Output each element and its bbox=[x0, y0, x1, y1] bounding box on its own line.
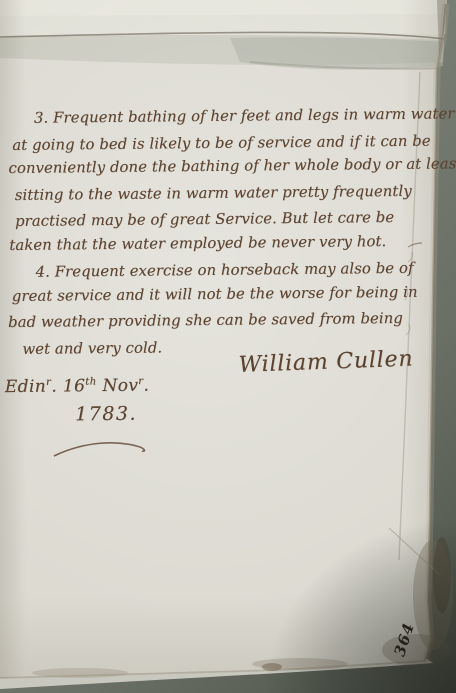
year: 1783. bbox=[75, 403, 137, 426]
dateline-city: Edin bbox=[5, 377, 46, 397]
dateline-day: 16 bbox=[57, 376, 85, 396]
manuscript-line: wet and very cold. bbox=[22, 339, 162, 357]
manuscript-line: at going to bed is likely to be of servi… bbox=[12, 133, 431, 154]
manuscript-line: 3. Frequent bathing of her feet and legs… bbox=[34, 105, 455, 126]
dateline-month: Nov bbox=[96, 376, 138, 396]
dateline-month-dot: . bbox=[143, 376, 149, 396]
manuscript-photo: 3. Frequent bathing of her feet and legs… bbox=[0, 0, 456, 693]
manuscript-line: sitting to the waste in warm water prett… bbox=[15, 183, 412, 204]
manuscript-line: bad weather providing she can be saved f… bbox=[8, 310, 403, 331]
manuscript-text: 3. Frequent bathing of her feet and legs… bbox=[0, 0, 456, 693]
manuscript-line: conveniently done the bathing of her who… bbox=[8, 155, 456, 177]
dateline: Edinr. 16th Novr. bbox=[5, 376, 150, 398]
manuscript-line: practised may be of great Service. But l… bbox=[15, 209, 394, 230]
manuscript-line: 4. Frequent exercise on horseback may al… bbox=[36, 260, 414, 281]
signature: William Cullen bbox=[238, 347, 414, 378]
manuscript-line: great service and it will not be the wor… bbox=[12, 284, 418, 305]
manuscript-line: taken that the water employed be never v… bbox=[9, 233, 386, 254]
dateline-day-sup: th bbox=[85, 376, 96, 387]
